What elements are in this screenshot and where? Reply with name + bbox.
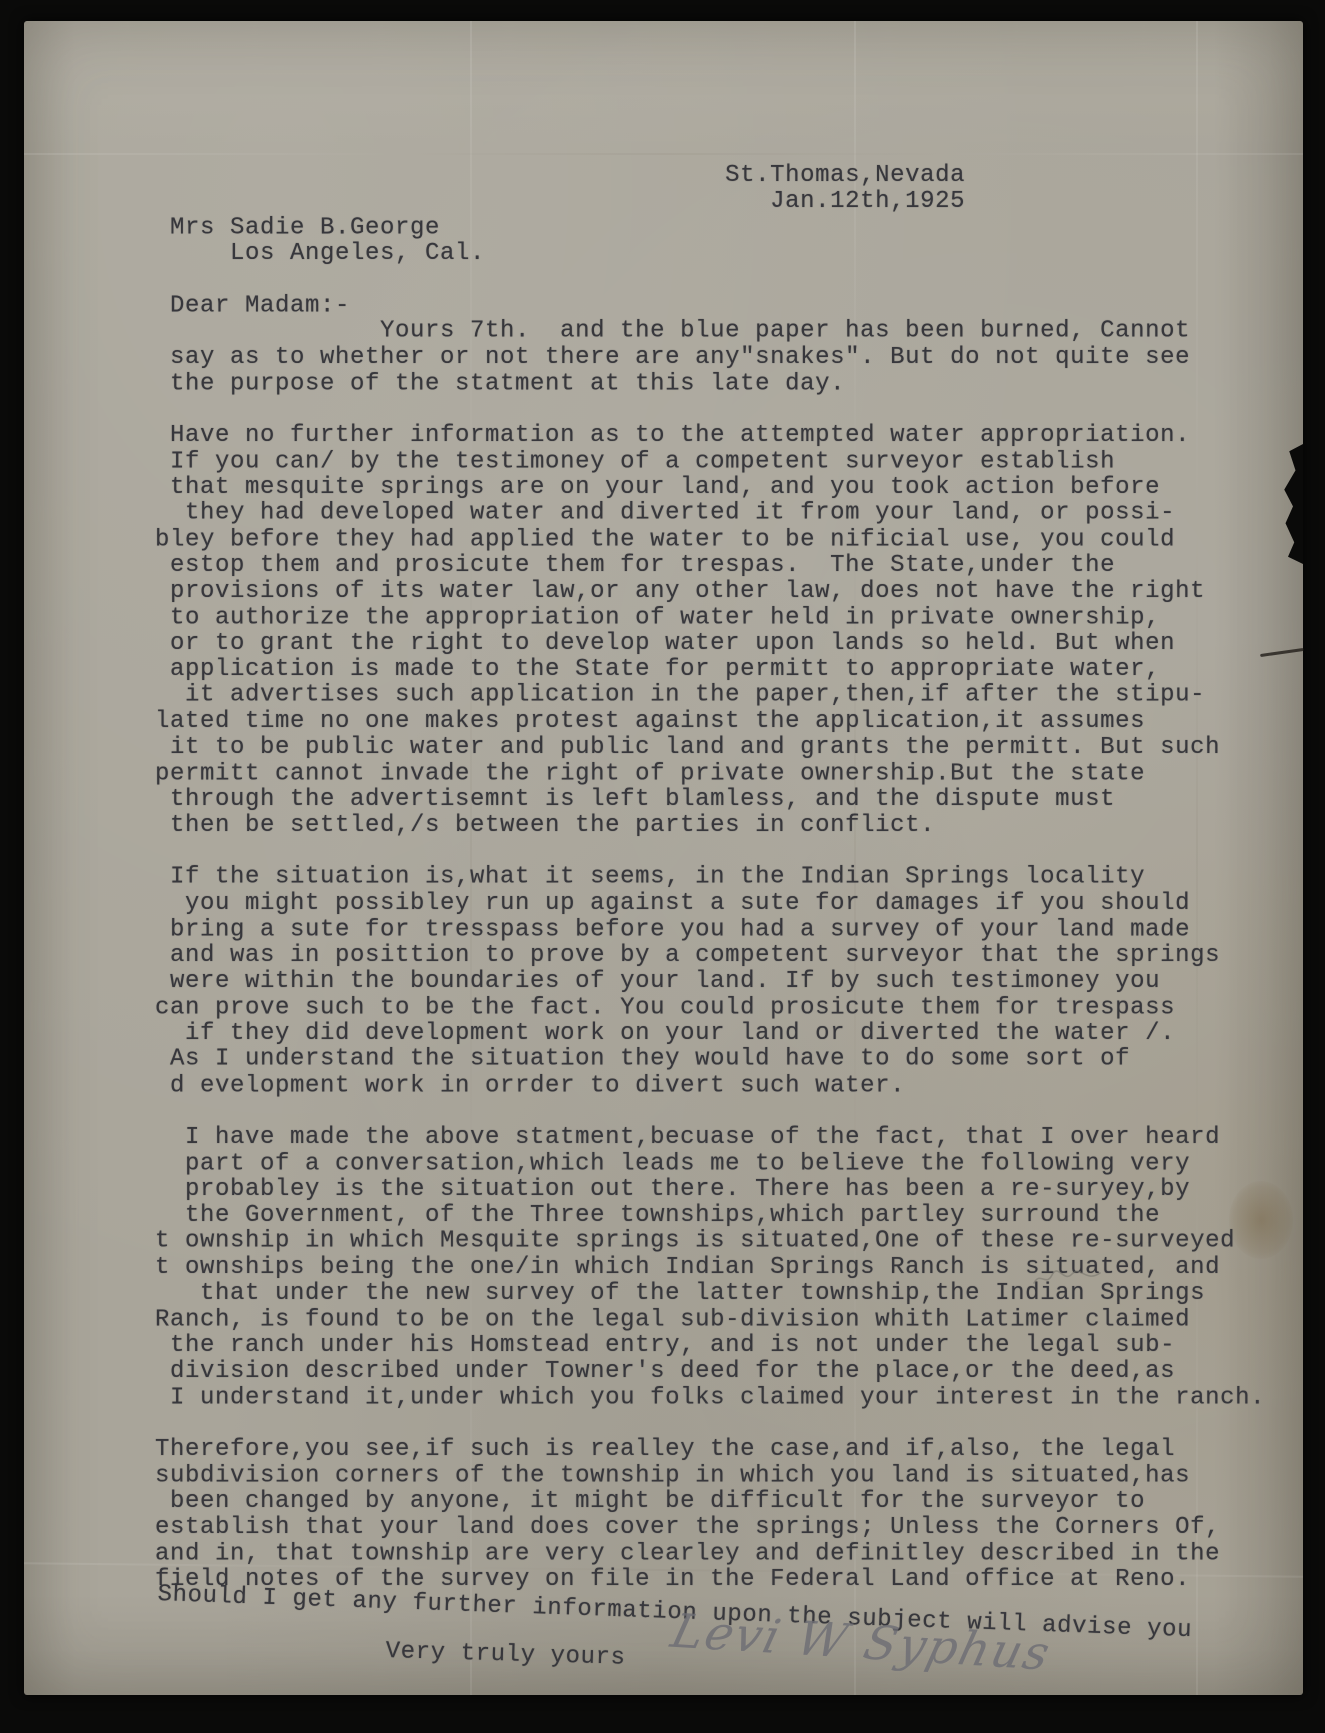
letter-paper: St.Thomas,Nevada Jan.12th,1925 Mrs Sadie… <box>24 21 1303 1695</box>
letter-line: and in, that township are very clearley … <box>155 1542 1303 1568</box>
letter-line: estop them and prosicute them for trespa… <box>155 553 1303 579</box>
letter-line: Therefore,you see,if such is realley the… <box>155 1437 1303 1463</box>
letter-line: if they did development work on your lan… <box>155 1021 1303 1047</box>
letter-line: bley before they had applied the water t… <box>155 528 1303 554</box>
paper-crease-horizontal-top <box>24 153 1303 155</box>
letter-line <box>155 840 1303 866</box>
letter-line: it to be public water and public land an… <box>155 735 1303 761</box>
letter-line: application is made to the State for per… <box>155 657 1303 683</box>
letter-line: or to grant the right to develop water u… <box>155 631 1303 657</box>
letter-line: Jan.12th,1925 <box>155 189 1303 215</box>
letter-line: that mesquite springs are on your land, … <box>155 475 1303 501</box>
letter-line: Mrs Sadie B.George <box>155 216 1303 242</box>
letter-line <box>155 1411 1303 1437</box>
letter-line: St.Thomas,Nevada <box>155 163 1303 189</box>
letter-line: part of a conversation,which leads me to… <box>155 1152 1303 1178</box>
letter-line: the Government, of the Three townships,w… <box>155 1203 1303 1229</box>
letter-line: the ranch under his Homstead entry, and … <box>155 1333 1303 1359</box>
letter-line: lated time no one makes protest against … <box>155 709 1303 735</box>
letter-line: Ranch, is found to be on the legal sub-d… <box>155 1308 1303 1334</box>
letter-line: Dear Madam:- <box>155 294 1303 320</box>
letter-line: t ownships being the one/in which Indian… <box>155 1255 1303 1281</box>
pencil-scribble-annotation <box>1032 1267 1102 1289</box>
letter-line: that under the new survey of the latter … <box>155 1281 1303 1307</box>
letter-line: I have made the above statment,becuase o… <box>155 1125 1303 1151</box>
letter-line: been changed by anyone, it might be diff… <box>155 1489 1303 1515</box>
letter-line: division described under Towner's deed f… <box>155 1359 1303 1385</box>
letter-line: permitt cannot invade the right of priva… <box>155 762 1303 788</box>
letter-line: it advertises such application in the pa… <box>155 683 1303 709</box>
letter-line: they had developed water and diverted it… <box>155 501 1303 527</box>
letter-line: probabley is the situation out there. Th… <box>155 1177 1303 1203</box>
letter-line: As I understand the situation they would… <box>155 1047 1303 1073</box>
letter-line: can prove such to be the fact. You could… <box>155 996 1303 1022</box>
letter-line: through the advertisemnt is left blamles… <box>155 787 1303 813</box>
letter-line: the purpose of the statment at this late… <box>155 372 1303 398</box>
letter-line: If the situation is,what it seems, in th… <box>155 865 1303 891</box>
closing-very-truly-yours: Very truly yours <box>385 1638 626 1672</box>
letter-line: d evelopment work in orrder to divert su… <box>155 1074 1303 1100</box>
letter-line: t ownship in which Mesquite springs is s… <box>155 1229 1303 1255</box>
letter-line: were within the boundaries of your land.… <box>155 969 1303 995</box>
letter-line: Have no further information as to the at… <box>155 423 1303 449</box>
letter-line: say as to whether or not there are any"s… <box>155 345 1303 371</box>
letter-body: St.Thomas,Nevada Jan.12th,1925 Mrs Sadie… <box>24 163 1303 1593</box>
paper-stain <box>1229 1181 1293 1259</box>
letter-line: to authorize the appropriation of water … <box>155 606 1303 632</box>
letter-line: Los Angeles, Cal. <box>155 241 1303 267</box>
letter-line: Yours 7th. and the blue paper has been b… <box>155 319 1303 345</box>
letter-line <box>155 1099 1303 1125</box>
letter-line <box>155 267 1303 293</box>
letter-line: then be settled,/s between the parties i… <box>155 813 1303 839</box>
letter-line <box>155 397 1303 423</box>
letter-line: I understand it,under which you folks cl… <box>155 1386 1303 1412</box>
letter-line: provisions of its water law,or any other… <box>155 579 1303 605</box>
letter-line: bring a sute for tresspass before you ha… <box>155 918 1303 944</box>
letter-line: subdivision corners of the township in w… <box>155 1464 1303 1490</box>
letter-line: establish that your land does cover the … <box>155 1515 1303 1541</box>
letter-line: and was in posittion to prove by a compe… <box>155 943 1303 969</box>
letter-line: you might possibley run up against a sut… <box>155 891 1303 917</box>
letter-line: If you can/ by the testimoney of a compe… <box>155 450 1303 476</box>
